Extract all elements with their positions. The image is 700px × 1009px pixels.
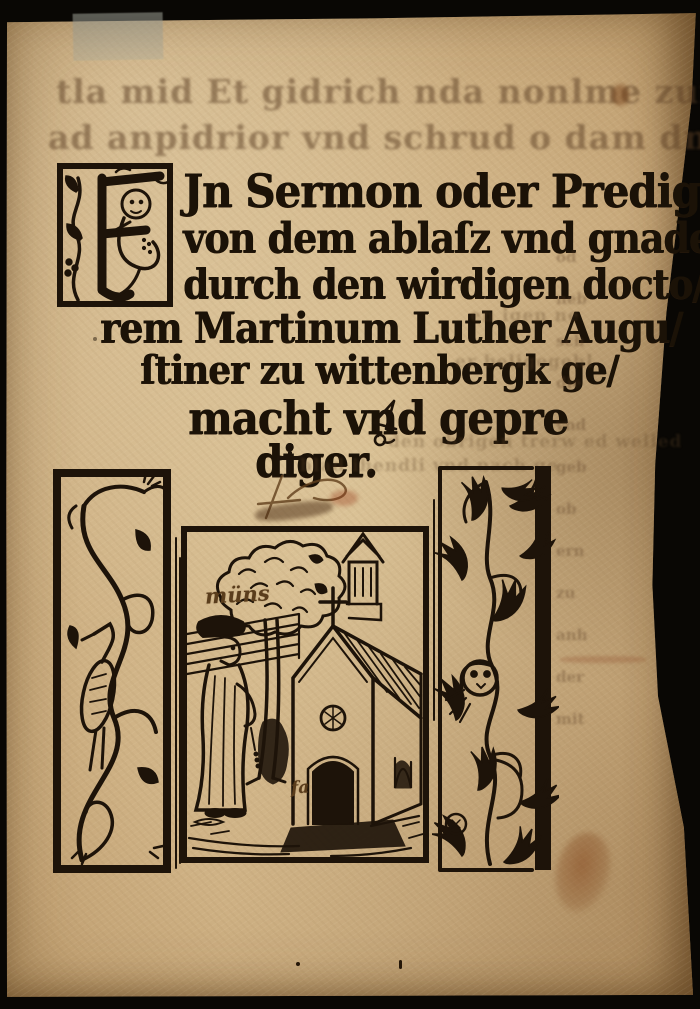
bleedthrough-chunk: der [556,668,588,686]
handwritten-door-note: fa [290,777,310,798]
left-border-woodcut-icon [52,468,182,875]
title-line-2: von dem ablaſz vnd gnade [183,213,700,263]
center-woodcut-icon [181,526,429,863]
handwritten-flourish [248,468,378,526]
ink-speck [93,337,97,341]
bleedthrough-chunk: geb [556,458,588,476]
title-line-3: durch den wirdigen docto/ [183,260,700,308]
bleedthrough-chunk: sch [556,332,588,350]
right-border-woodcut-icon [432,460,559,878]
bleedthrough-line: ad anpidrior vnd schrud o dam dm edel [48,118,700,157]
handwritten-tree-note: müns [204,580,270,608]
title-line-4: rem Martinum Luther Augu/ [100,303,682,353]
bleedthrough-line: den obrigen trerw ed welled [388,432,682,452]
title-line-1: Jn Sermon oder Predig [183,164,700,218]
bleedthrough-chunk: ern [556,542,588,560]
bleedthrough-chunk: ob [556,500,588,518]
bleedthrough-chunk: mit [556,710,588,728]
ink-speck [399,960,402,969]
bleedthrough-chunk: neb [556,290,588,308]
bleedthrough-chunk: die [556,374,588,392]
bleedthrough-column: od neb sch die vnd geb ob ern zu anh der… [556,248,588,728]
bleedthrough-chunk: vnd [556,416,588,434]
bleedthrough-chunk: zu [556,584,588,602]
bleedthrough-line: tla mid Et gidrich nda nonlme zuid [56,72,700,111]
bleedthrough-chunk: od [556,248,588,266]
bleedthrough-chunk: anh [556,626,588,644]
scanned-page: tla mid Et gidrich nda nonlme zuid ad an… [0,0,700,1009]
ink-speck [296,962,300,966]
initial-woodcut-icon [56,162,174,310]
tape-mark [73,12,164,61]
